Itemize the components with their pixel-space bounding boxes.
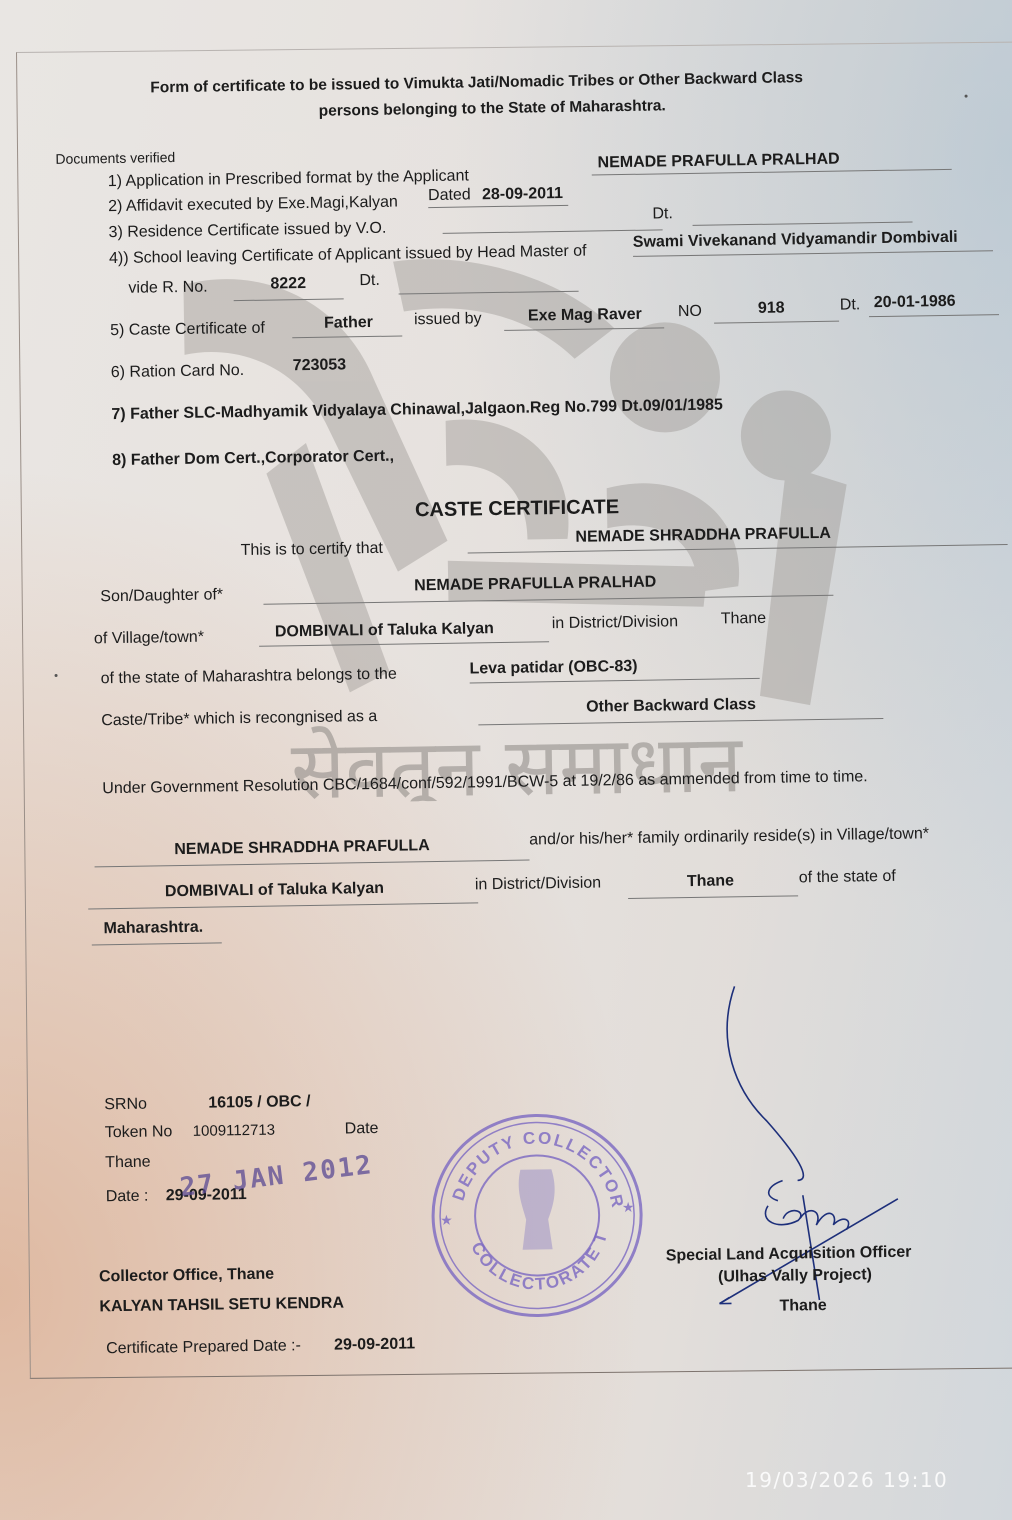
signatory-line1: Special Land Acquisition Officer	[666, 1244, 912, 1266]
prepared-label: Certificate Prepared Date :-	[106, 1337, 301, 1358]
state-of-label: of the state of	[799, 868, 896, 888]
doc-item3-label: 3) Residence Certificate issued by V.O.	[108, 220, 386, 242]
district-label: in District/Division	[552, 613, 679, 633]
speck	[965, 95, 968, 98]
recognised-label: Caste/Tribe* which is recongnised as a	[101, 708, 377, 730]
belongs-label: of the state of Maharashtra belongs to t…	[100, 666, 396, 689]
svg-text:★: ★	[622, 1199, 635, 1215]
prepared-value: 29-09-2011	[334, 1335, 415, 1354]
signatory-line3: Thane	[779, 1297, 826, 1316]
photo-timestamp: 19/03/2026 19:10	[745, 1468, 948, 1492]
certify-name: NEMADE SHRADDHA PRAFULLA	[575, 525, 831, 547]
doc-item4-value: Swami Vivekanand Vidyamandir Dombivali	[633, 229, 958, 252]
resides-district-label: in District/Division	[475, 874, 602, 894]
srno-value: 16105 / OBC /	[208, 1093, 311, 1113]
district-value: Thane	[721, 610, 767, 629]
state-value: Maharashtra.	[103, 919, 203, 939]
date-label-right: Date	[345, 1120, 379, 1139]
doc-item5-issued-value: Exe Mag Raver	[528, 306, 642, 326]
received-date-stamp: 27 JAN 2012	[178, 1150, 374, 1203]
doc-item5-dt-value: 20-01-1986	[874, 293, 956, 312]
doc-item5-issued-label: issued by	[414, 310, 482, 329]
office-line1: Collector Office, Thane	[99, 1266, 274, 1287]
doc-item8: 8) Father Dom Cert.,Corporator Cert.,	[112, 448, 394, 470]
signatory-line2: (Ulhas Vally Project)	[718, 1266, 872, 1286]
deputy-collector-seal-icon: DEPUTY COLLECTOR COLLECTORATE THANE ★ ★	[424, 1108, 649, 1323]
doc-item7: 7) Father SLC-Madhyamik Vidyalaya Chinaw…	[111, 396, 723, 424]
doc-item5-no-value: 918	[758, 299, 785, 317]
son-of-value: NEMADE PRAFULLA PRALHAD	[414, 574, 656, 596]
token-value: 1009112713	[193, 1122, 276, 1140]
date-label: Date :	[106, 1188, 149, 1207]
resolution-text: Under Government Resolution CBC/1684/con…	[102, 768, 868, 798]
doc-item5-label: 5) Caste Certificate of	[110, 320, 265, 340]
form-title-line1: Form of certificate to be issued to Vimu…	[150, 69, 803, 97]
doc-item1-value: NEMADE PRAFULLA PRALHAD	[597, 151, 839, 173]
form-title-line2: persons belonging to the State of Mahara…	[319, 97, 666, 120]
doc-item2-label: 2) Affidavit executed by Exe.Magi,Kalyan	[108, 194, 398, 217]
srno-label: SRNo	[104, 1096, 147, 1115]
doc-item1-label: 1) Application in Prescribed format by t…	[108, 167, 469, 191]
son-of-label: Son/Daughter of*	[100, 586, 223, 606]
caste-value: Leva patidar (OBC-83)	[469, 658, 637, 679]
office-line2: KALYAN TAHSIL SETU KENDRA	[99, 1295, 344, 1317]
village-label: of Village/town*	[94, 629, 204, 649]
doc-item2-dated-value: 28-09-2011	[482, 185, 563, 204]
doc-item3-dt-label: Dt.	[652, 205, 673, 223]
resides-name: NEMADE SHRADDHA PRAFULLA	[174, 837, 430, 859]
certificate-document: सेवतून समाधान Form of certificate to be …	[0, 0, 1012, 1520]
doc-item5-no-label: NO	[678, 303, 702, 321]
token-label: Token No	[105, 1123, 173, 1142]
resides-village: DOMBIVALI of Taluka Kalyan	[165, 880, 384, 901]
doc-item4-vide-value: 8222	[270, 275, 306, 294]
doc-item2-dated-label: Dated	[428, 186, 471, 205]
place-text: Thane	[105, 1154, 151, 1173]
doc-item4-label: 4)) School leaving Certificate of Applic…	[109, 243, 587, 268]
speck	[55, 674, 58, 677]
doc-item4-vide-label: vide R. No.	[128, 279, 207, 298]
doc-item6-label: 6) Ration Card No.	[111, 362, 245, 382]
village-value: DOMBIVALI of Taluka Kalyan	[275, 620, 494, 641]
documents-heading: Documents verified	[55, 149, 175, 167]
doc-item6-value: 723053	[293, 356, 347, 375]
resides-label: and/or his/her* family ordinarily reside…	[529, 825, 929, 849]
certify-label: This is to certify that	[240, 540, 383, 560]
doc-item5-of-value: Father	[324, 314, 373, 333]
resides-district: Thane	[687, 872, 734, 891]
doc-item5-dt-label: Dt.	[840, 296, 861, 314]
class-value: Other Backward Class	[586, 696, 756, 717]
doc-item4-dt-label: Dt.	[359, 272, 380, 290]
svg-text:★: ★	[440, 1212, 453, 1228]
certificate-heading: CASTE CERTIFICATE	[415, 496, 619, 522]
